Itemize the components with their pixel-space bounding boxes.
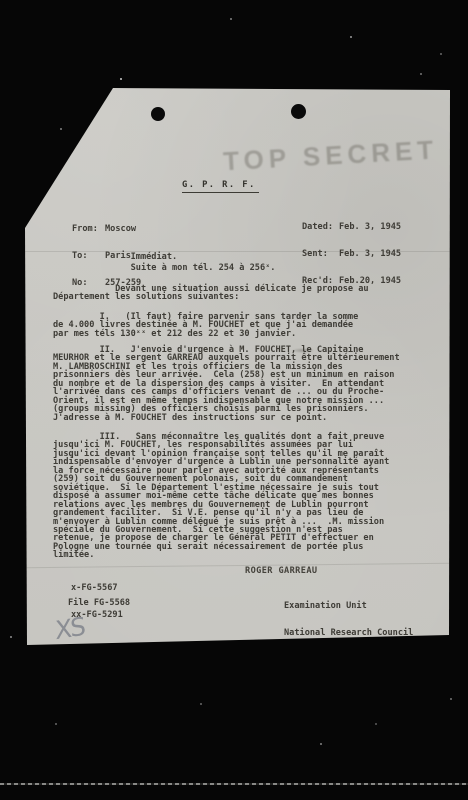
- signature-name: ROGER GARREAU: [245, 566, 317, 576]
- paragraph-immediat: Immédiat.: [53, 253, 439, 261]
- attribution-block: Examination Unit National Research Counc…: [284, 584, 413, 683]
- scanned-document: TOP SECRET G. P. R. F. From:Moscow To:Pa…: [0, 0, 468, 800]
- scan-dust-specks: [120, 78, 122, 80]
- from-value: Moscow: [105, 224, 136, 234]
- agency-header: G. P. R. F.: [182, 180, 259, 193]
- routing-from: From:Moscow: [72, 225, 141, 234]
- paragraph-suite: Suite à mon tél. 254 à 256ˣ.: [53, 264, 439, 272]
- handwritten-xs-annotation: XS: [54, 612, 84, 646]
- top-secret-stamp: TOP SECRET: [222, 130, 468, 178]
- overtype-smudge: [291, 348, 315, 353]
- attribution-org: National Research Council: [284, 629, 413, 638]
- body-line: J'adresse à M. FOUCHET des instructions …: [53, 414, 439, 422]
- body-line: limitée.: [53, 551, 439, 559]
- attribution-unit: Examination Unit: [284, 602, 413, 611]
- punch-hole-icon: [291, 104, 306, 119]
- body-line: Pologne une tournée qui serait nécessair…: [53, 543, 439, 551]
- punch-hole-icon: [151, 107, 165, 121]
- telegram-page: TOP SECRET G. P. R. F. From:Moscow To:Pa…: [25, 86, 453, 646]
- body-line: Département les solutions suivantes:: [53, 293, 439, 301]
- paragraph-one: I. (Il faut) faire parvenir sans tarder …: [53, 313, 439, 338]
- from-label: From:: [72, 225, 105, 234]
- body-line: Suite à mon tél. 254 à 256ˣ.: [53, 264, 439, 272]
- paragraph-intro: Devant une situation aussi délicate je p…: [53, 285, 439, 302]
- dated-value: Feb. 3, 1945: [339, 222, 401, 232]
- body-line: par mes téls 130ˣˣ et 212 des 22 et 30 j…: [53, 330, 439, 338]
- paragraph-two: II. J'envoie d'urgence à M. FOUCHET, le …: [53, 346, 439, 422]
- reference-line: x-FG-5567: [71, 584, 123, 593]
- dated-line: Dated:Feb. 3, 1945: [302, 223, 401, 232]
- scanner-artifact-line: [0, 783, 468, 785]
- dated-label: Dated:: [302, 223, 339, 232]
- body-line: Immédiat.: [53, 253, 439, 261]
- file-number: File FG-5568: [68, 598, 130, 608]
- attribution-date: March 1, 1945: [284, 656, 413, 665]
- paragraph-three: III. Sans méconnaître les qualités dont …: [53, 433, 439, 560]
